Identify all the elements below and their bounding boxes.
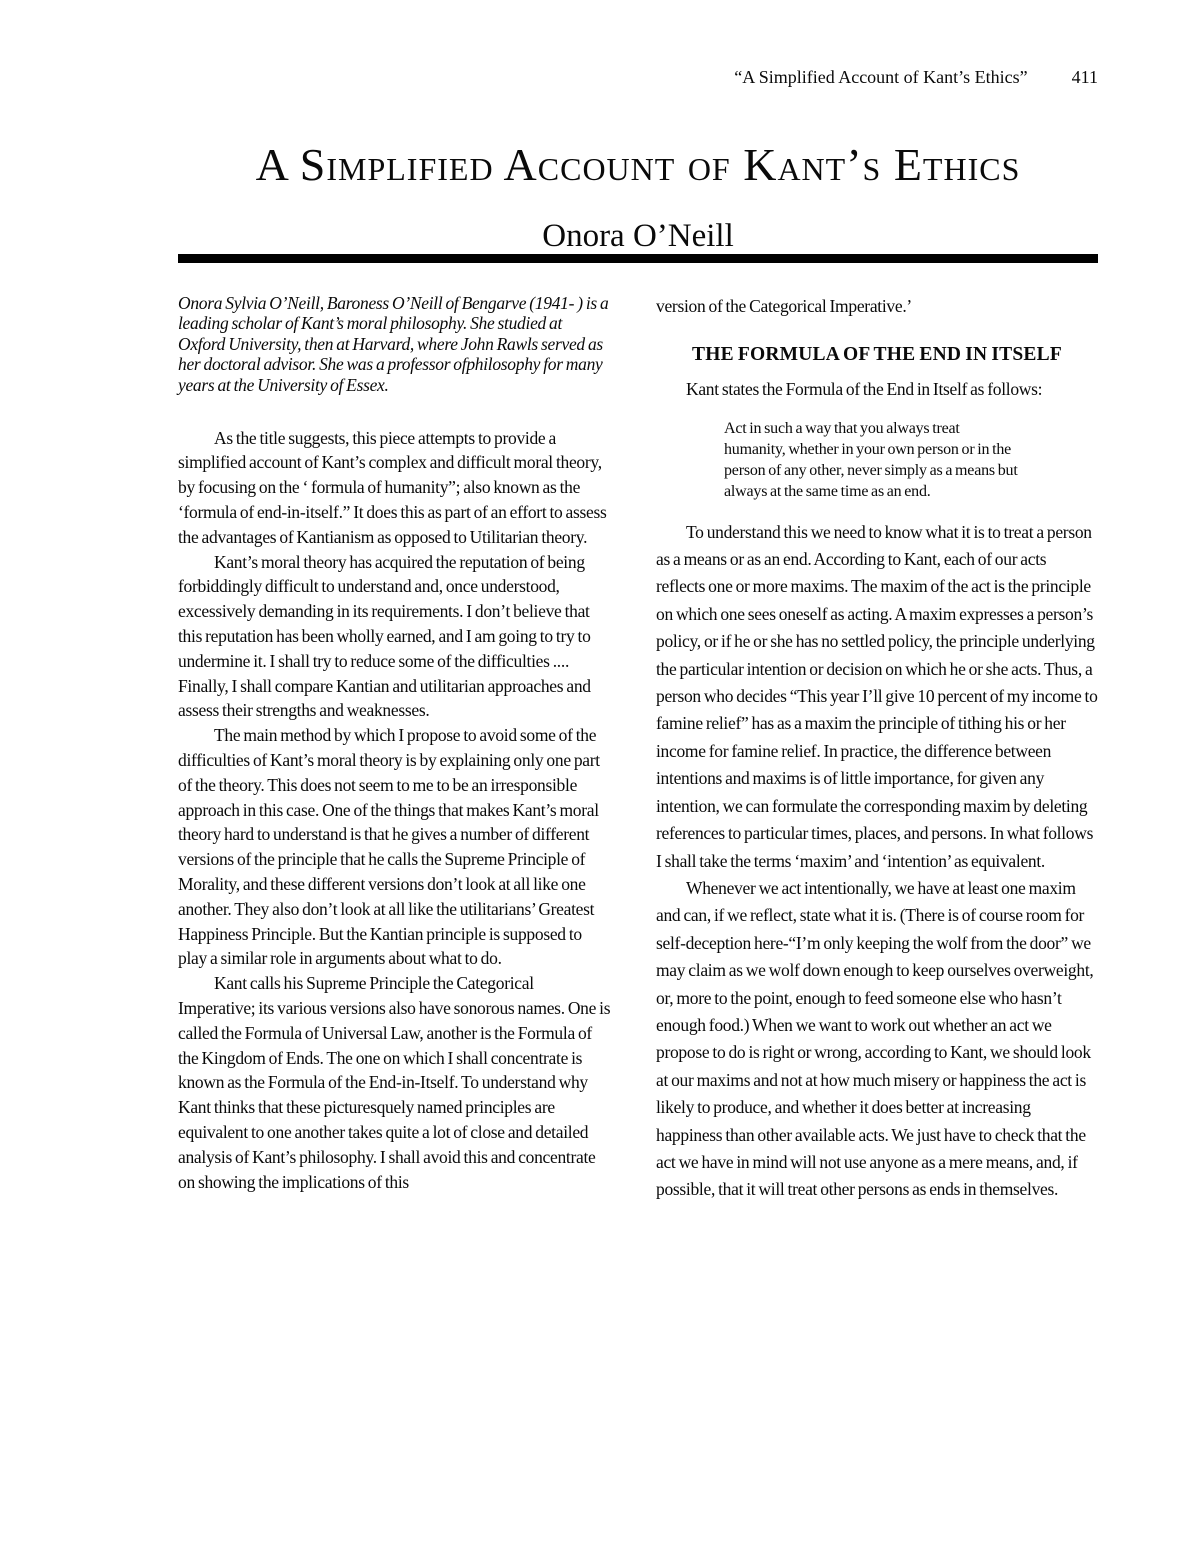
section-heading: THE FORMULA OF THE END IN ITSELF <box>656 341 1098 368</box>
author-bio: Onora Sylvia O’Neill, Baroness O’Neill o… <box>178 293 611 396</box>
intro-paragraph: Kant states the Formula of the End in It… <box>656 376 1098 403</box>
body-paragraph: Kant’s moral theory has acquired the rep… <box>178 550 611 724</box>
block-quote: Act in such a way that you always treat … <box>724 419 1024 502</box>
body-paragraph: To understand this we need to know what … <box>656 519 1098 875</box>
body-paragraph: Kant calls his Supreme Principle the Cat… <box>178 971 611 1194</box>
body-paragraph: Whenever we act intentionally, we have a… <box>656 875 1098 1204</box>
running-head: “A Simplified Account of Kant’s Ethics” … <box>178 66 1098 88</box>
page-content: “A Simplified Account of Kant’s Ethics” … <box>178 0 1098 1204</box>
running-head-title: “A Simplified Account of Kant’s Ethics” <box>734 66 1027 88</box>
body-paragraph: The main method by which I propose to av… <box>178 723 611 971</box>
continuation-paragraph: version of the Categorical Imperative.’ <box>656 293 1098 320</box>
title-rule <box>178 254 1098 263</box>
two-column-text: Onora Sylvia O’Neill, Baroness O’Neill o… <box>178 293 1098 1204</box>
body-paragraph: As the title suggests, this piece attemp… <box>178 426 611 550</box>
left-column: Onora Sylvia O’Neill, Baroness O’Neill o… <box>178 293 611 1204</box>
page-number: 411 <box>1072 66 1098 88</box>
article-title: A Simplified Account of Kant’s Ethics <box>178 140 1098 190</box>
author-name: Onora O’Neill <box>178 219 1098 254</box>
document-page: “A Simplified Account of Kant’s Ethics” … <box>0 0 1200 1553</box>
right-column: version of the Categorical Imperative.’ … <box>656 293 1098 1204</box>
